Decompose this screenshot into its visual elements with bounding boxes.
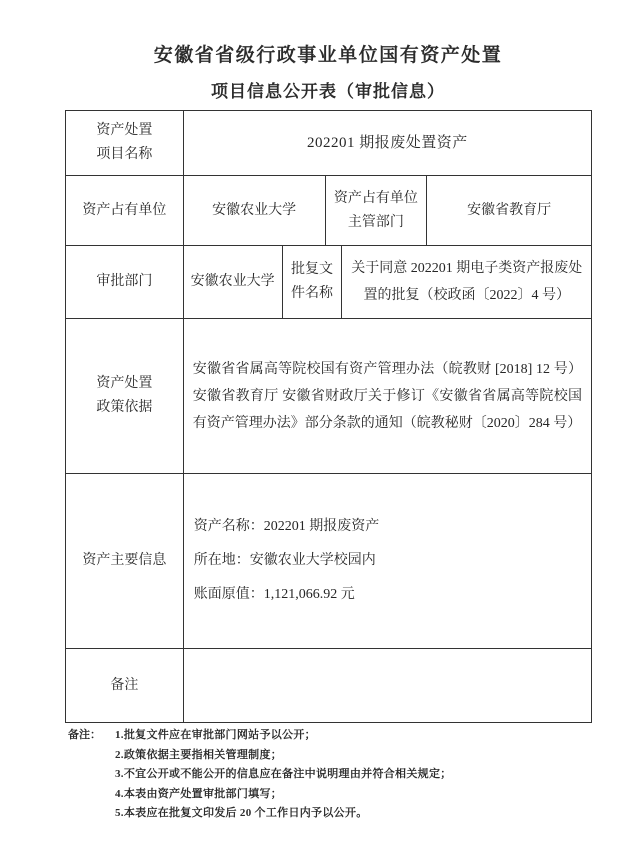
holder-dept-label: 资产占有单位 主管部门 bbox=[326, 176, 428, 246]
footer-note-item: 5.本表应在批复文印发后 20 个工作日内予以公开。 bbox=[115, 804, 608, 824]
project-name-value: 202201 期报废处置资产 bbox=[184, 111, 592, 176]
footer-note-item: 3.不宜公开或不能公开的信息应在备注中说明理由并符合相关规定； bbox=[115, 765, 608, 785]
asset-main-info-label: 资产主要信息 bbox=[66, 474, 184, 649]
approval-doc-label-line2: 件名称 bbox=[291, 282, 333, 306]
approval-dept-label: 审批部门 bbox=[66, 246, 184, 319]
row-holder-unit: 资产占有单位 安徽农业大学 资产占有单位 主管部门 安徽省教育厅 bbox=[66, 176, 592, 246]
remark-label: 备注 bbox=[66, 649, 184, 723]
document-title-line2: 项目信息公开表（审批信息） bbox=[65, 77, 591, 102]
approval-doc-value: 关于同意 202201 期电子类资产报废处置的批复（校政函〔2022〕4 号） bbox=[342, 246, 592, 319]
document-page: 安徽省省级行政事业单位国有资产处置 项目信息公开表（审批信息） 资产处置 项目名… bbox=[0, 0, 637, 860]
approval-dept-value: 安徽农业大学 bbox=[184, 246, 283, 319]
row-approval-dept: 审批部门 安徽农业大学 批复文 件名称 关于同意 202201 期电子类资产报废… bbox=[66, 246, 592, 319]
project-name-label-line1: 资产处置 bbox=[96, 119, 152, 143]
document-title-line1: 安徽省省级行政事业单位国有资产处置 bbox=[65, 40, 591, 67]
row-policy-basis: 资产处置 政策依据 安徽省省属高等院校国有资产管理办法（皖教财 [2018] 1… bbox=[66, 319, 592, 474]
holder-dept-label-line2: 主管部门 bbox=[348, 211, 404, 235]
asset-main-info-value: 资产名称：202201 期报废资产 所在地：安徽农业大学校园内 账面原值：1,1… bbox=[184, 474, 592, 649]
approval-doc-label-line1: 批复文 bbox=[291, 258, 333, 282]
info-table: 资产处置 项目名称 202201 期报废处置资产 资产占有单位 安徽农业大学 资… bbox=[65, 110, 592, 723]
remark-value bbox=[184, 649, 592, 723]
holder-dept-value: 安徽省教育厅 bbox=[427, 176, 592, 246]
footer-notes-label: 备注： bbox=[68, 726, 115, 824]
asset-book-value-line: 账面原值：1,121,066.92 元 bbox=[194, 586, 355, 604]
policy-basis-text: 安徽省省属高等院校国有资产管理办法（皖教财 [2018] 12 号）安徽省教育厅… bbox=[193, 356, 582, 437]
footer-note-item: 1.批复文件应在审批部门网站予以公开； bbox=[115, 726, 608, 746]
policy-basis-value: 安徽省省属高等院校国有资产管理办法（皖教财 [2018] 12 号）安徽省教育厅… bbox=[184, 319, 592, 474]
footer-notes: 备注： 1.批复文件应在审批部门网站予以公开； 2.政策依据主要指相关管理制度；… bbox=[68, 726, 608, 824]
project-name-label-line2: 项目名称 bbox=[96, 143, 152, 167]
asset-name-line: 资产名称：202201 期报废资产 bbox=[194, 518, 380, 536]
policy-basis-label-line1: 资产处置 bbox=[96, 372, 152, 396]
footer-note-item: 4.本表由资产处置审批部门填写； bbox=[115, 785, 608, 805]
holder-dept-label-line1: 资产占有单位 bbox=[334, 187, 418, 211]
policy-basis-label: 资产处置 政策依据 bbox=[66, 319, 184, 474]
row-asset-main-info: 资产主要信息 资产名称：202201 期报废资产 所在地：安徽农业大学校园内 账… bbox=[66, 474, 592, 649]
asset-location-line: 所在地：安徽农业大学校园内 bbox=[194, 552, 376, 570]
holder-unit-value: 安徽农业大学 bbox=[184, 176, 326, 246]
footer-notes-list: 1.批复文件应在审批部门网站予以公开； 2.政策依据主要指相关管理制度； 3.不… bbox=[115, 726, 608, 824]
holder-unit-label: 资产占有单位 bbox=[66, 176, 184, 246]
row-project-name: 资产处置 项目名称 202201 期报废处置资产 bbox=[66, 111, 592, 176]
footer-note-item: 2.政策依据主要指相关管理制度； bbox=[115, 746, 608, 766]
policy-basis-label-line2: 政策依据 bbox=[96, 396, 152, 420]
row-remark: 备注 bbox=[66, 649, 592, 723]
approval-doc-label: 批复文 件名称 bbox=[283, 246, 343, 319]
project-name-label: 资产处置 项目名称 bbox=[66, 111, 184, 176]
